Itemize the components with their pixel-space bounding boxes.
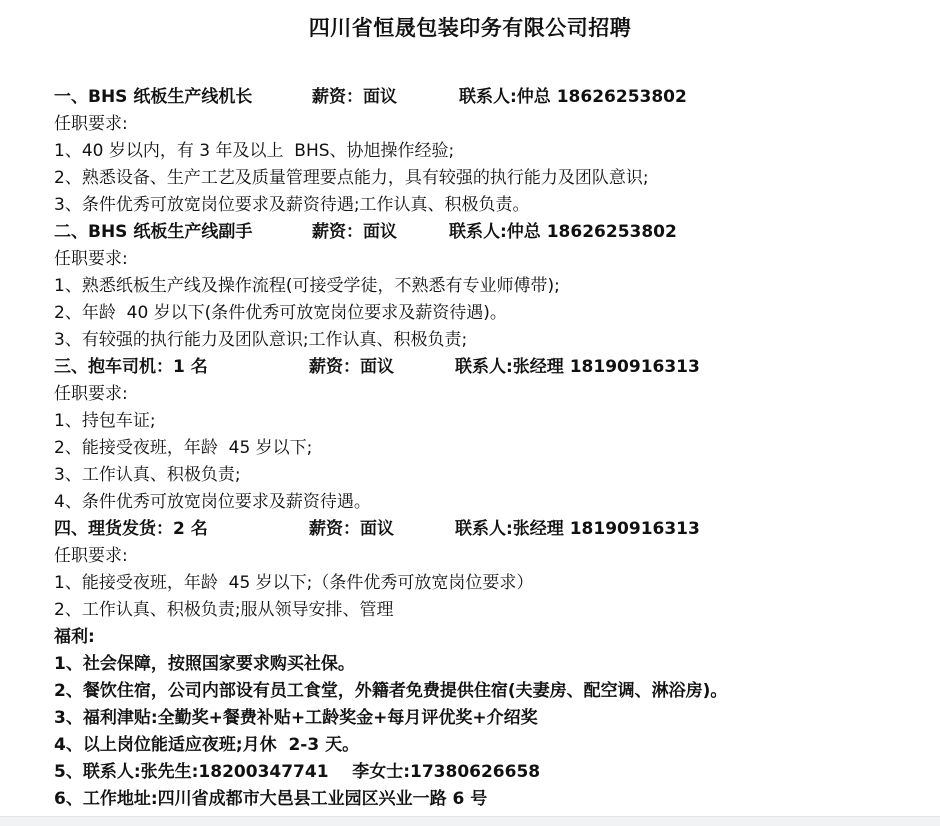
- requirement-item: 4、条件优秀可放宽岗位要求及薪资待遇。: [54, 489, 924, 516]
- requirement-item: 1、能接受夜班，年龄 45 岁以下;（条件优秀可放宽岗位要求）: [54, 570, 924, 597]
- job-posting-document: 一、BHS 纸板生产线机长 薪资：面议 联系人:仲总 18626253802 任…: [54, 84, 924, 813]
- benefit-item: 6、工作地址:四川省成都市大邑县工业园区兴业一路 6 号: [54, 786, 924, 813]
- requirements-label: 任职要求:: [54, 111, 924, 138]
- contact: 联系人:张经理 18190916313: [455, 516, 700, 543]
- bottom-edge-strip: [0, 816, 940, 826]
- benefit-item: 4、以上岗位能适应夜班;月休 2-3 天。: [54, 732, 924, 759]
- salary: 薪资：面议: [309, 516, 455, 543]
- position-heading: 四、理货发货：2 名 薪资：面议 联系人:张经理 18190916313: [54, 516, 924, 543]
- benefit-item: 2、餐饮住宿，公司内部设有员工食堂，外籍者免费提供住宿(夫妻房、配空调、淋浴房)…: [54, 678, 924, 705]
- position-title: 二、BHS 纸板生产线副手: [54, 219, 312, 246]
- salary: 薪资：面议: [312, 219, 449, 246]
- contact: 联系人:仲总 18626253802: [449, 219, 677, 246]
- requirements-label: 任职要求:: [54, 246, 924, 273]
- position-heading: 三、抱车司机：1 名 薪资：面议 联系人:张经理 18190916313: [54, 354, 924, 381]
- contact: 联系人:仲总 18626253802: [459, 84, 687, 111]
- requirement-item: 2、工作认真、积极负责;服从领导安排、管理: [54, 597, 924, 624]
- contact: 联系人:张经理 18190916313: [455, 354, 700, 381]
- requirements-label: 任职要求:: [54, 543, 924, 570]
- requirement-item: 3、条件优秀可放宽岗位要求及薪资待遇;工作认真、积极负责。: [54, 192, 924, 219]
- salary: 薪资：面议: [309, 354, 455, 381]
- requirement-item: 1、40 岁以内，有 3 年及以上 BHS、协旭操作经验;: [54, 138, 924, 165]
- position-title: 一、BHS 纸板生产线机长: [54, 84, 312, 111]
- benefit-item: 3、福利津贴:全勤奖+餐费补贴+工龄奖金+每月评优奖+介绍奖: [54, 705, 924, 732]
- benefit-item: 1、社会保障，按照国家要求购买社保。: [54, 651, 924, 678]
- salary: 薪资：面议: [312, 84, 459, 111]
- requirement-item: 3、有较强的执行能力及团队意识;工作认真、积极负责;: [54, 327, 924, 354]
- requirement-item: 1、持包车证;: [54, 408, 924, 435]
- requirement-item: 2、熟悉设备、生产工艺及质量管理要点能力，具有较强的执行能力及团队意识;: [54, 165, 924, 192]
- position-heading: 二、BHS 纸板生产线副手 薪资：面议 联系人:仲总 18626253802: [54, 219, 924, 246]
- requirement-item: 1、熟悉纸板生产线及操作流程(可接受学徒，不熟悉有专业师傅带);: [54, 273, 924, 300]
- requirements-label: 任职要求:: [54, 381, 924, 408]
- position-heading: 一、BHS 纸板生产线机长 薪资：面议 联系人:仲总 18626253802: [54, 84, 924, 111]
- benefits-label: 福利:: [54, 624, 924, 651]
- requirement-item: 3、工作认真、积极负责;: [54, 462, 924, 489]
- position-title: 三、抱车司机：1 名: [54, 354, 309, 381]
- page-title: 四川省恒晟包装印务有限公司招聘: [0, 12, 940, 42]
- position-title: 四、理货发货：2 名: [54, 516, 309, 543]
- benefit-item: 5、联系人:张先生:18200347741 李女士:17380626658: [54, 759, 924, 786]
- requirement-item: 2、能接受夜班，年龄 45 岁以下;: [54, 435, 924, 462]
- requirement-item: 2、年龄 40 岁以下(条件优秀可放宽岗位要求及薪资待遇)。: [54, 300, 924, 327]
